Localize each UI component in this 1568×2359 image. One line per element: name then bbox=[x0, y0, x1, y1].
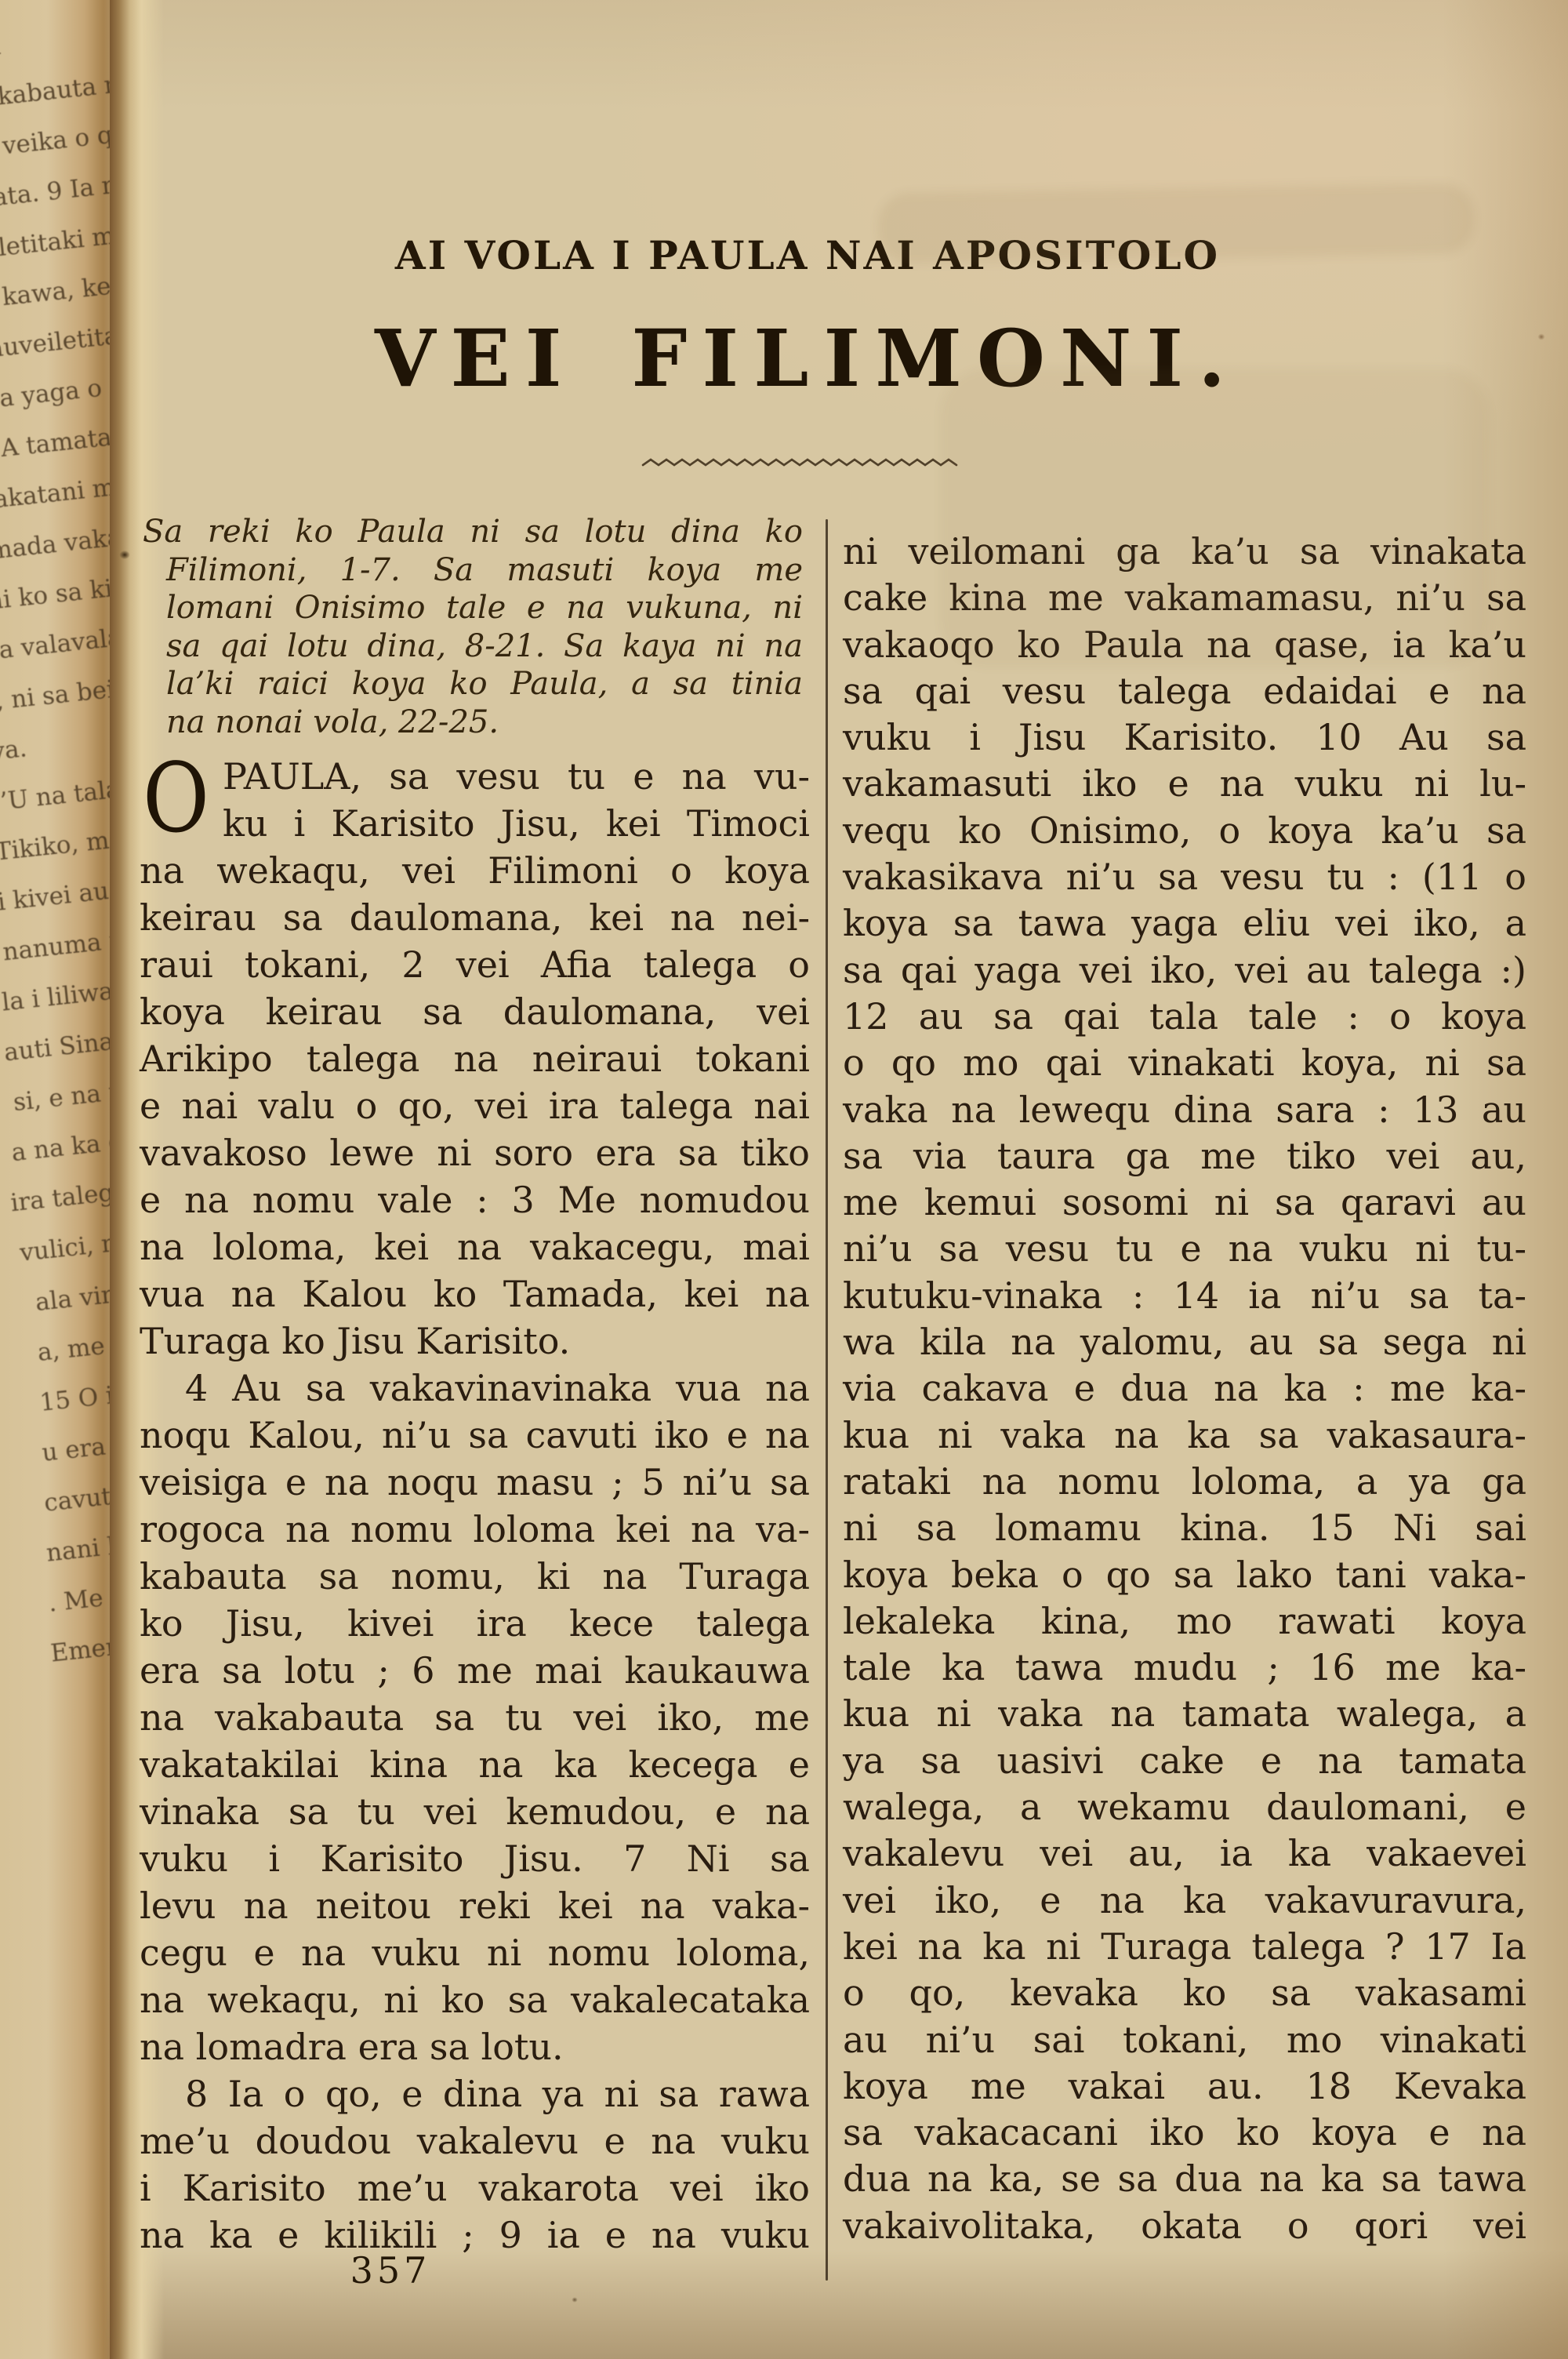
page-number: 357 bbox=[312, 2249, 469, 2292]
scanned-book-page: Wavakabauta na Kna veika o qo, kamata. 9… bbox=[0, 0, 1568, 2359]
body-line: na loloma, kei na vakacegu, mai bbox=[140, 1223, 810, 1270]
body-line: dua na ka, se sa dua na ka sa tawa bbox=[843, 2156, 1526, 2202]
body-line: raui tokani, 2 vei Afia talega o bbox=[140, 941, 810, 988]
body-line: sa qai vesu talega edaidai e na bbox=[843, 668, 1526, 714]
body-line: vavakoso lewe ni soro era sa tiko bbox=[140, 1129, 810, 1176]
summary-line: lomani Onisimo tale e na vukuna, ni bbox=[143, 589, 803, 627]
body-line: sa vakacacani iko ko koya e na bbox=[843, 2110, 1526, 2156]
body-line: na lomadra era sa lotu. bbox=[140, 2023, 810, 2070]
left-column: O PAULA, sa vesu tu e na vu-ku i Karisit… bbox=[140, 753, 810, 2259]
right-column: ni veilomani ga ka’u sa vinakatacake kin… bbox=[843, 529, 1526, 2249]
book-title: VEI FILIMONI. bbox=[90, 312, 1525, 405]
body-line: vuku i Jisu Karisito. 10 Au sa bbox=[843, 714, 1526, 761]
body-line: ni veilomani ga ka’u sa vinakata bbox=[843, 529, 1526, 575]
body-line: me kemui sosomi ni sa qaravi au bbox=[843, 1179, 1526, 1226]
body-line: vakamasuti iko e na vuku ni lu- bbox=[843, 761, 1526, 807]
body-line: vequ ko Onisimo, o koya ka’u sa bbox=[843, 808, 1526, 854]
column-divider-rule bbox=[826, 519, 828, 2281]
body-line: era sa lotu ; 6 me mai kaukauwa bbox=[140, 1647, 810, 1694]
body-line: o qo mo qai vinakati koya, ni sa bbox=[843, 1040, 1526, 1086]
body-line: ku i Karisito Jisu, kei Timoci bbox=[140, 800, 810, 847]
body-line: vakaoqo ko Paula na qase, ia ka’u bbox=[843, 622, 1526, 668]
body-line: koya beka o qo sa lako tani vaka- bbox=[843, 1552, 1526, 1598]
body-line: vua na Kalou ko Tamada, kei na bbox=[140, 1270, 810, 1318]
body-line: cegu e na vuku ni nomu loloma, bbox=[140, 1929, 810, 1976]
body-line: kei na ka ni Turaga talega ? 17 Ia bbox=[843, 1924, 1526, 1970]
body-line: na vakabauta sa tu vei iko, me bbox=[140, 1694, 810, 1741]
body-line: koya sa tawa yaga eliu vei iko, a bbox=[843, 900, 1526, 947]
body-line: i Karisito me’u vakarota vei iko bbox=[140, 2165, 810, 2212]
chapter-summary: Sa reki ko Paula ni sa lotu dina koFilim… bbox=[143, 513, 803, 741]
body-line: kabauta sa nomu, ki na Turaga bbox=[140, 1553, 810, 1600]
body-line: au ni’u sai tokani, mo vinakati bbox=[843, 2017, 1526, 2063]
summary-line: na nonai vola, 22-25. bbox=[143, 703, 803, 742]
body-line: vuku i Karisito Jisu. 7 Ni sa bbox=[140, 1835, 810, 1882]
body-line: cake kina me vakamamasu, ni’u sa bbox=[843, 575, 1526, 621]
body-line: sa via taura ga me tiko vei au, bbox=[843, 1133, 1526, 1179]
body-line: vakatakilai kina na ka kecega e bbox=[140, 1741, 810, 1788]
body-line: levu na neitou reki kei na vaka- bbox=[140, 1882, 810, 1929]
body-line: via cakava e dua na ka : me ka- bbox=[843, 1365, 1526, 1412]
body-line: 8 Ia o qo, e dina ya ni sa rawa bbox=[140, 2070, 810, 2117]
body-line: noqu Kalou, ni’u sa cavuti iko e na bbox=[140, 1412, 810, 1459]
body-line: koya me vakai au. 18 Kevaka bbox=[843, 2063, 1526, 2110]
body-line: vinaka sa tu vei kemudou, e na bbox=[140, 1788, 810, 1835]
body-line: na ka e kilikili ; 9 ia e na vuku bbox=[140, 2212, 810, 2259]
body-line: ni sa lomamu kina. 15 Ni sai bbox=[843, 1505, 1526, 1551]
drop-cap: O bbox=[143, 754, 201, 845]
body-line: rogoca na nomu loloma kei na va- bbox=[140, 1506, 810, 1553]
body-line: kua ni vaka na ka sa vakasaura- bbox=[843, 1412, 1526, 1459]
body-line: kua ni vaka na tamata walega, a bbox=[843, 1691, 1526, 1737]
summary-line: Sa reki ko Paula ni sa lotu dina ko bbox=[143, 513, 803, 551]
body-line: keirau sa daulomana, kei na nei- bbox=[140, 894, 810, 941]
body-line: na wekaqu, vei Filimoni o koya bbox=[140, 847, 810, 894]
summary-line: sa qai lotu dina, 8-21. Sa kaya ni na bbox=[143, 627, 803, 666]
body-line: vakasikava ni’u sa vesu tu : (11 o bbox=[843, 854, 1526, 900]
body-line: me’u doudou vakalevu e na vuku bbox=[140, 2117, 810, 2165]
body-line: koya keirau sa daulomana, vei bbox=[140, 988, 810, 1035]
body-line: vei iko, e na ka vakavuravura, bbox=[843, 1877, 1526, 1924]
body-line: tale ka tawa mudu ; 16 me ka- bbox=[843, 1645, 1526, 1691]
body-line: PAULA, sa vesu tu e na vu- bbox=[140, 753, 810, 800]
body-line: e na nomu vale : 3 Me nomudou bbox=[140, 1176, 810, 1223]
page-content: AI VOLA I PAULA NAI APOSITOLO VEI FILIMO… bbox=[133, 0, 1568, 2359]
left-column-lines: PAULA, sa vesu tu e na vu-ku i Karisito … bbox=[140, 753, 810, 2259]
series-title: AI VOLA I PAULA NAI APOSITOLO bbox=[90, 232, 1525, 278]
body-line: veisiga e na noqu masu ; 5 ni’u sa bbox=[140, 1459, 810, 1506]
body-line: 4 Au sa vakavinavinaka vua na bbox=[140, 1365, 810, 1412]
summary-line: la’ki raici koya ko Paula, a sa tinia bbox=[143, 665, 803, 703]
body-line: 12 au sa qai tala tale : o koya bbox=[843, 994, 1526, 1040]
squiggle-divider bbox=[90, 456, 1525, 472]
body-line: vaka na lewequ dina sara : 13 au bbox=[843, 1087, 1526, 1133]
body-line: na wekaqu, ni ko sa vakalecataka bbox=[140, 1976, 810, 2023]
summary-line: Filimoni, 1-7. Sa masuti koya me bbox=[143, 551, 803, 590]
body-line: walega, a wekamu daulomani, e bbox=[843, 1784, 1526, 1830]
body-line: rataki na nomu loloma, a ya ga bbox=[843, 1459, 1526, 1505]
body-line: wa kila na yalomu, au sa sega ni bbox=[843, 1319, 1526, 1365]
body-line: kutuku-vinaka : 14 ia ni’u sa ta- bbox=[843, 1273, 1526, 1319]
body-line: vakaivolitaka, okata o qori vei bbox=[843, 2203, 1526, 2249]
body-line: ko Jisu, kivei ira kece talega bbox=[140, 1600, 810, 1647]
body-line: vakalevu vei au, ia ka vakaevei bbox=[843, 1830, 1526, 1877]
body-line: o qo, kevaka ko sa vakasami bbox=[843, 1970, 1526, 2016]
body-line: ya sa uasivi cake e na tamata bbox=[843, 1738, 1526, 1784]
body-line: lekaleka kina, mo rawati koya bbox=[843, 1598, 1526, 1645]
body-line: Arikipo talega na neiraui tokani bbox=[140, 1035, 810, 1082]
body-line: e nai valu o qo, vei ira talega nai bbox=[140, 1082, 810, 1129]
body-line: sa qai yaga vei iko, vei au talega :) bbox=[843, 947, 1526, 994]
body-line: Turaga ko Jisu Karisito. bbox=[140, 1318, 810, 1365]
squiggle-icon bbox=[639, 456, 976, 469]
body-line: ni’u sa vesu tu e na vuku ni tu- bbox=[843, 1226, 1526, 1272]
